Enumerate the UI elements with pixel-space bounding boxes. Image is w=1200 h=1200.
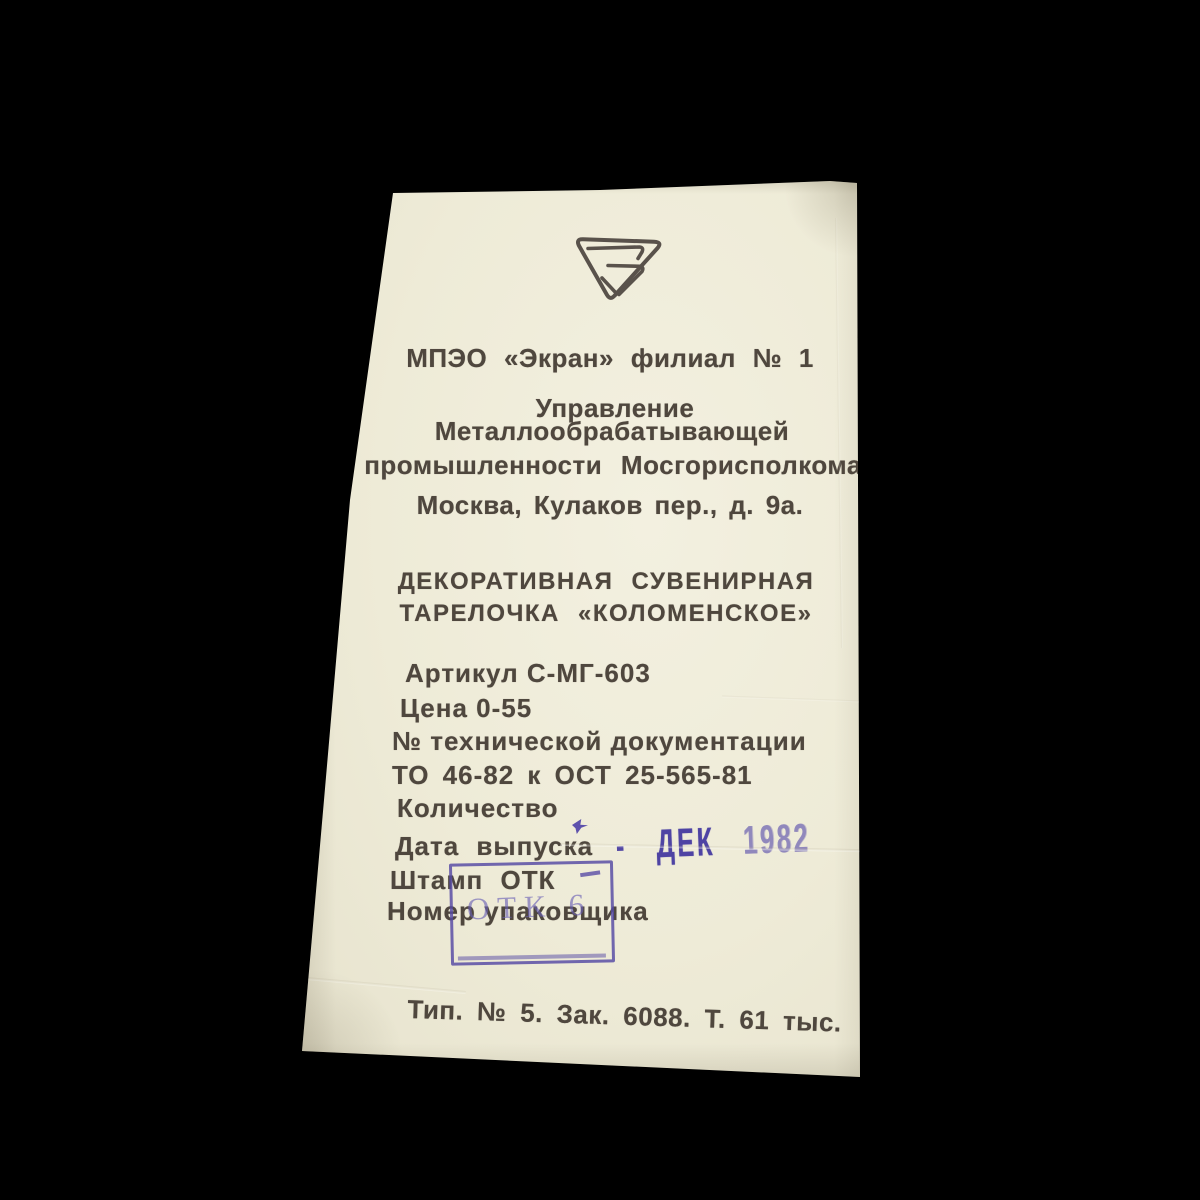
date-stamp-dash: - [615, 824, 628, 868]
product-name-line-1: ДЕКОРАТИВНАЯ СУВЕНИРНАЯ [327, 570, 885, 594]
otk-stamp-box: ОТК 6 [449, 860, 615, 965]
date-stamp-year: 1982 [742, 816, 811, 863]
print-imprint-line: Тип. № 5. Зак. 6088. Т. 61 тыс. [407, 996, 842, 1036]
date-stamp: -ДЕК1982 [615, 818, 811, 866]
otk-stamp-text: ОТК 6 [466, 889, 592, 925]
field-doc-label: № технической документации [392, 728, 807, 754]
product-passport-paper: МПЭО «Экран» филиал № 1 Управление Метал… [302, 178, 860, 1077]
field-price: Цена 0-55 [400, 695, 532, 721]
paper-crease [306, 977, 466, 994]
field-quantity: Количество [397, 795, 559, 821]
date-stamp-month: ДЕК [655, 820, 715, 866]
ekran-factory-logo-icon [568, 233, 672, 307]
otk-stamp-smudge [458, 953, 606, 960]
org-line-3: промышленности Мосгорисполкома [334, 452, 892, 478]
org-line-2: Металлообрабатывающей [333, 418, 891, 444]
photo-background: МПЭО «Экран» филиал № 1 Управление Метал… [0, 0, 1200, 1200]
field-article: Артикул С-МГ-603 [405, 660, 651, 686]
field-doc-value: ТО 46-82 к ОСТ 25-565-81 [392, 762, 753, 788]
factory-name-line: МПЭО «Экран» филиал № 1 [331, 345, 889, 371]
address-line: Москва, Кулаков пер., д. 9а. [331, 492, 889, 518]
otk-stamp-dash-mark [580, 870, 600, 877]
field-release-date: Дата выпуска [395, 833, 593, 859]
paper-crease [722, 696, 862, 703]
product-name-line-2: ТАРЕЛОЧКА «КОЛОМЕНСКОЕ» [327, 602, 885, 626]
